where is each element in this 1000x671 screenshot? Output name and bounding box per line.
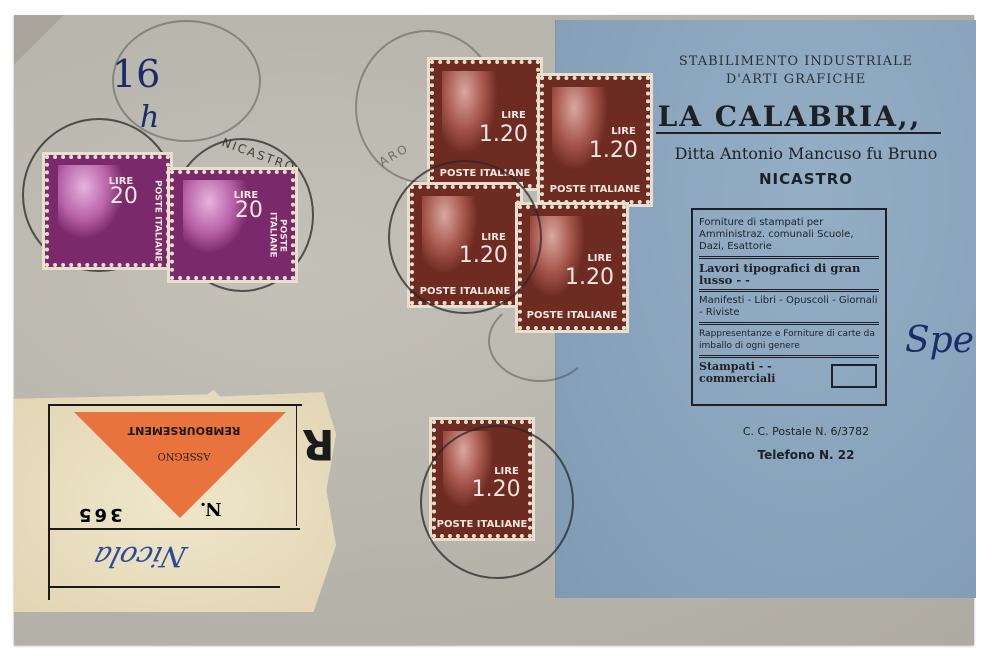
manuscript-right-margin: Spe: [905, 320, 974, 361]
label-phone: Telefono N. 22: [676, 448, 936, 462]
label-line2: D'ARTI GRAFICHE: [616, 72, 976, 87]
stamp-issuer: POSTE ITALIANE: [153, 180, 163, 262]
service-item-text: Stampati - - commerciali: [699, 361, 799, 385]
stamp-violet-20-right: LIRE 20 POSTE ITALIANE: [170, 170, 295, 280]
stamp-issuer: POSTE ITALIANE: [268, 194, 288, 276]
label-city: NICASTRO: [636, 170, 976, 188]
service-item: Stampati - - commerciali: [699, 358, 879, 388]
postmark-partial: [488, 300, 592, 382]
blank-box: [831, 364, 877, 388]
manuscript-fraction: h: [140, 100, 159, 135]
cod-signature: Nicola: [90, 540, 190, 573]
cod-heading: REMBOURSEMENT: [109, 424, 259, 437]
stamp-value: 1.20: [565, 265, 614, 290]
manuscript-number: 16: [112, 52, 160, 96]
service-item: Rappresentanze e Forniture di carte da i…: [699, 325, 879, 358]
stamp-currency: LIRE: [611, 126, 636, 137]
stamp-value: 20: [235, 198, 263, 223]
service-item: Lavori tipografici di gran lusso - -: [699, 259, 879, 292]
cod-label: REMBOURSEMENT ASSEGNO N. 365 Nicola: [14, 390, 336, 612]
label-postal-account: C. C. Postale N. 6/3782: [676, 425, 936, 438]
folded-corner: [14, 15, 64, 65]
stamp-brown-1-20-tr: LIRE 1.20 POSTE ITALIANE: [540, 76, 650, 204]
cod-divider: [50, 586, 280, 588]
postmark-nicastro-single: [420, 425, 574, 579]
cod-divider: [296, 404, 297, 526]
title-rule: [656, 132, 941, 134]
cod-subheading: ASSEGNO: [134, 450, 234, 461]
stamp-issuer: POSTE ITALIANE: [544, 184, 646, 195]
stamp-currency: LIRE: [501, 110, 526, 121]
cod-number: 365: [76, 504, 123, 525]
service-item: Manifesti - Libri - Opuscoli - Giornali …: [699, 292, 879, 325]
services-box: Forniture di stampati per Amministraz. c…: [691, 208, 887, 406]
label-line1: STABILIMENTO INDUSTRIALE: [616, 54, 976, 69]
label-owner: Ditta Antonio Mancuso fu Bruno: [636, 144, 976, 163]
service-item: Forniture di stampati per Amministraz. c…: [699, 214, 879, 259]
stamp-violet-20-left: LIRE 20 POSTE ITALIANE: [45, 155, 170, 267]
stamp-value: 1.20: [479, 122, 528, 147]
stamp-value: 20: [110, 184, 138, 209]
cod-divider: [50, 528, 300, 530]
registration-mark: R: [302, 420, 334, 469]
cod-number-prefix: N.: [200, 498, 222, 519]
label-title: "LA CALABRIA,,: [641, 100, 961, 133]
postmark-nicastro-block: [388, 160, 542, 314]
stamp-currency: LIRE: [587, 253, 612, 264]
stamp-value: 1.20: [589, 138, 638, 163]
